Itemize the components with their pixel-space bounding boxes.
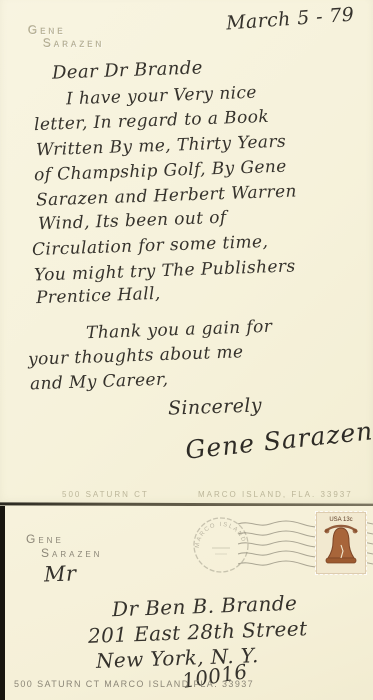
- closing-line: Thank you a gain for: [86, 317, 273, 343]
- letter-footer-city: MARCO ISLAND, FLA. 33937: [198, 490, 353, 499]
- liberty-bell-icon: [328, 528, 354, 558]
- envelope-return-name: Gene Sarazen: [26, 532, 102, 560]
- scanned-letter-and-envelope: Gene Sarazen March 5 - 79 Dear Dr Brande…: [0, 0, 373, 700]
- return-last-name: Sarazen: [41, 546, 102, 560]
- salutation: Dear Dr Brande: [52, 57, 203, 83]
- body-line: I have your Very nice: [66, 83, 257, 110]
- scan-dark-edge: [0, 506, 5, 700]
- body-line: letter, In regard to a Book: [34, 107, 270, 135]
- letter-sheet: Gene Sarazen March 5 - 79 Dear Dr Brande…: [0, 0, 373, 506]
- letter-date: March 5 - 79: [225, 4, 355, 35]
- letterhead-last-name: Sarazen: [43, 37, 104, 50]
- letter-footer-street: 500 SATURN CT: [62, 490, 149, 499]
- closing-line: and My Career,: [30, 370, 169, 395]
- envelope-printed-return-address: 500 SATURN CT MARCO ISLAND FLA. 33937: [14, 679, 254, 689]
- body-line: You might try The Publishers: [34, 256, 296, 285]
- stamp-label: USA 13c: [329, 517, 352, 523]
- postage-stamp: USA 13c: [315, 511, 367, 575]
- signoff: Sincerely: [168, 394, 263, 419]
- signature: Gene Sarazen: [184, 416, 373, 465]
- body-line: Sarazen and Herbert Warren: [36, 181, 297, 210]
- letterhead-first-name: Gene: [28, 23, 66, 37]
- address-prefix: Mr: [44, 561, 77, 586]
- body-line: Wind, Its been out of: [38, 208, 227, 235]
- return-first-name: Gene: [26, 532, 64, 546]
- closing-line: your thoughts about me: [28, 342, 244, 370]
- body-line: of Champship Golf, By Gene: [34, 157, 287, 186]
- body-line: Prentice Hall,: [36, 284, 161, 308]
- envelope: Gene Sarazen Mr MARCO ISLAND FLA: [0, 506, 373, 700]
- body-line: Circulation for some time,: [32, 232, 269, 260]
- body-line: Written By me, Thirty Years: [36, 132, 287, 161]
- letterhead: Gene Sarazen: [28, 24, 104, 50]
